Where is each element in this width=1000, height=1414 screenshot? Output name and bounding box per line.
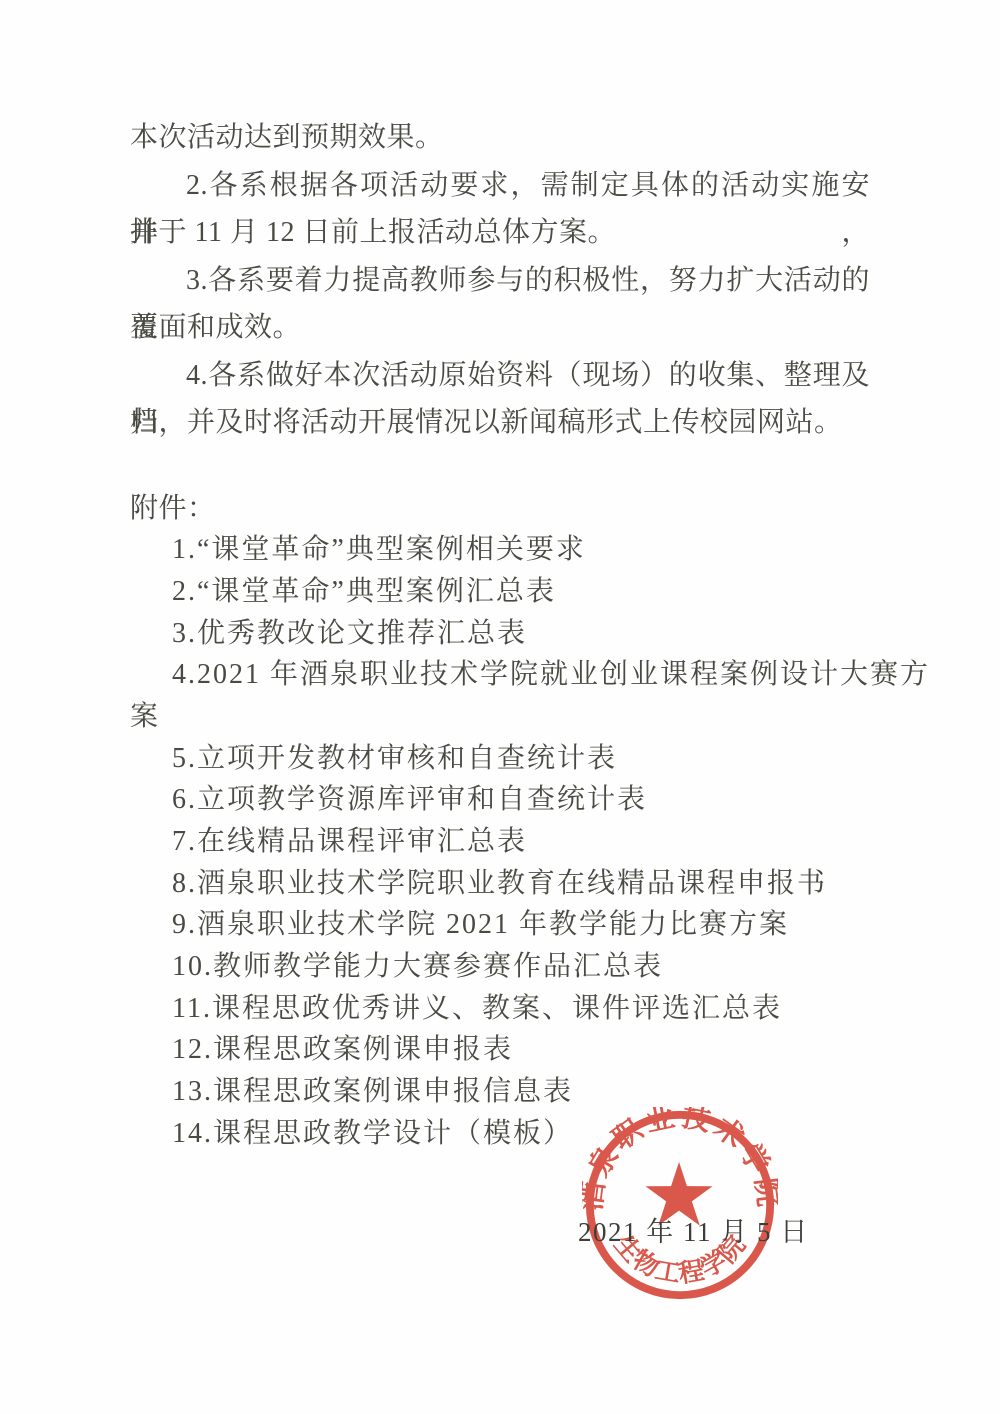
document-body: 本次活动达到预期效果。 2.各系根据各项活动要求，需制定具体的活动实施安排， 并…	[130, 114, 870, 1155]
document-date: 2021 年 11 月 5 日	[578, 1210, 809, 1249]
attachment-line: 4.2021 年酒泉职业技术学院就业创业课程案例设计大赛方	[130, 654, 870, 696]
attachment-line: 5.立项开发教材审核和自查统计表	[130, 738, 870, 780]
body-line: 本次活动达到预期效果。	[130, 114, 870, 162]
attachment-line: 12.课程思政案例课申报表	[130, 1029, 870, 1071]
attachment-line-wrap: 案	[130, 696, 870, 738]
attachment-line: 11.课程思政优秀讲义、教案、课件评选汇总表	[130, 988, 870, 1030]
body-line: 2.各系根据各项活动要求，需制定具体的活动实施安排，	[130, 162, 870, 210]
attachment-line: 2.“课堂革命”典型案例汇总表	[130, 571, 870, 613]
attachment-line: 6.立项教学资源库评审和自查统计表	[130, 779, 870, 821]
attachment-line: 7.在线精品课程评审汇总表	[130, 821, 870, 863]
body-line: 档，并及时将活动开展情况以新闻稿形式上传校园网站。	[130, 399, 870, 447]
attachments-section: 附件： 1.“课堂革命”典型案例相关要求 2.“课堂革命”典型案例汇总表 3.优…	[130, 488, 870, 1155]
attachment-line: 9.酒泉职业技术学院 2021 年教学能力比赛方案	[130, 904, 870, 946]
official-seal: 酒泉职业技术学院 生物工程学院	[582, 1107, 778, 1303]
attachment-line: 3.优秀教改论文推荐汇总表	[130, 613, 870, 655]
body-line: 4.各系做好本次活动原始资料（现场）的收集、整理及归	[130, 352, 870, 400]
body-line: 盖面和成效。	[130, 304, 870, 352]
attachment-line: 10.教师教学能力大赛参赛作品汇总表	[130, 946, 870, 988]
attachment-line: 1.“课堂革命”典型案例相关要求	[130, 529, 870, 571]
body-line: 3.各系要着力提高教师参与的积极性，努力扩大活动的覆	[130, 257, 870, 305]
attachment-line: 8.酒泉职业技术学院职业教育在线精品课程申报书	[130, 863, 870, 905]
attachments-heading: 附件：	[130, 488, 870, 530]
document-page: 本次活动达到预期效果。 2.各系根据各项活动要求，需制定具体的活动实施安排， 并…	[0, 0, 1000, 1414]
